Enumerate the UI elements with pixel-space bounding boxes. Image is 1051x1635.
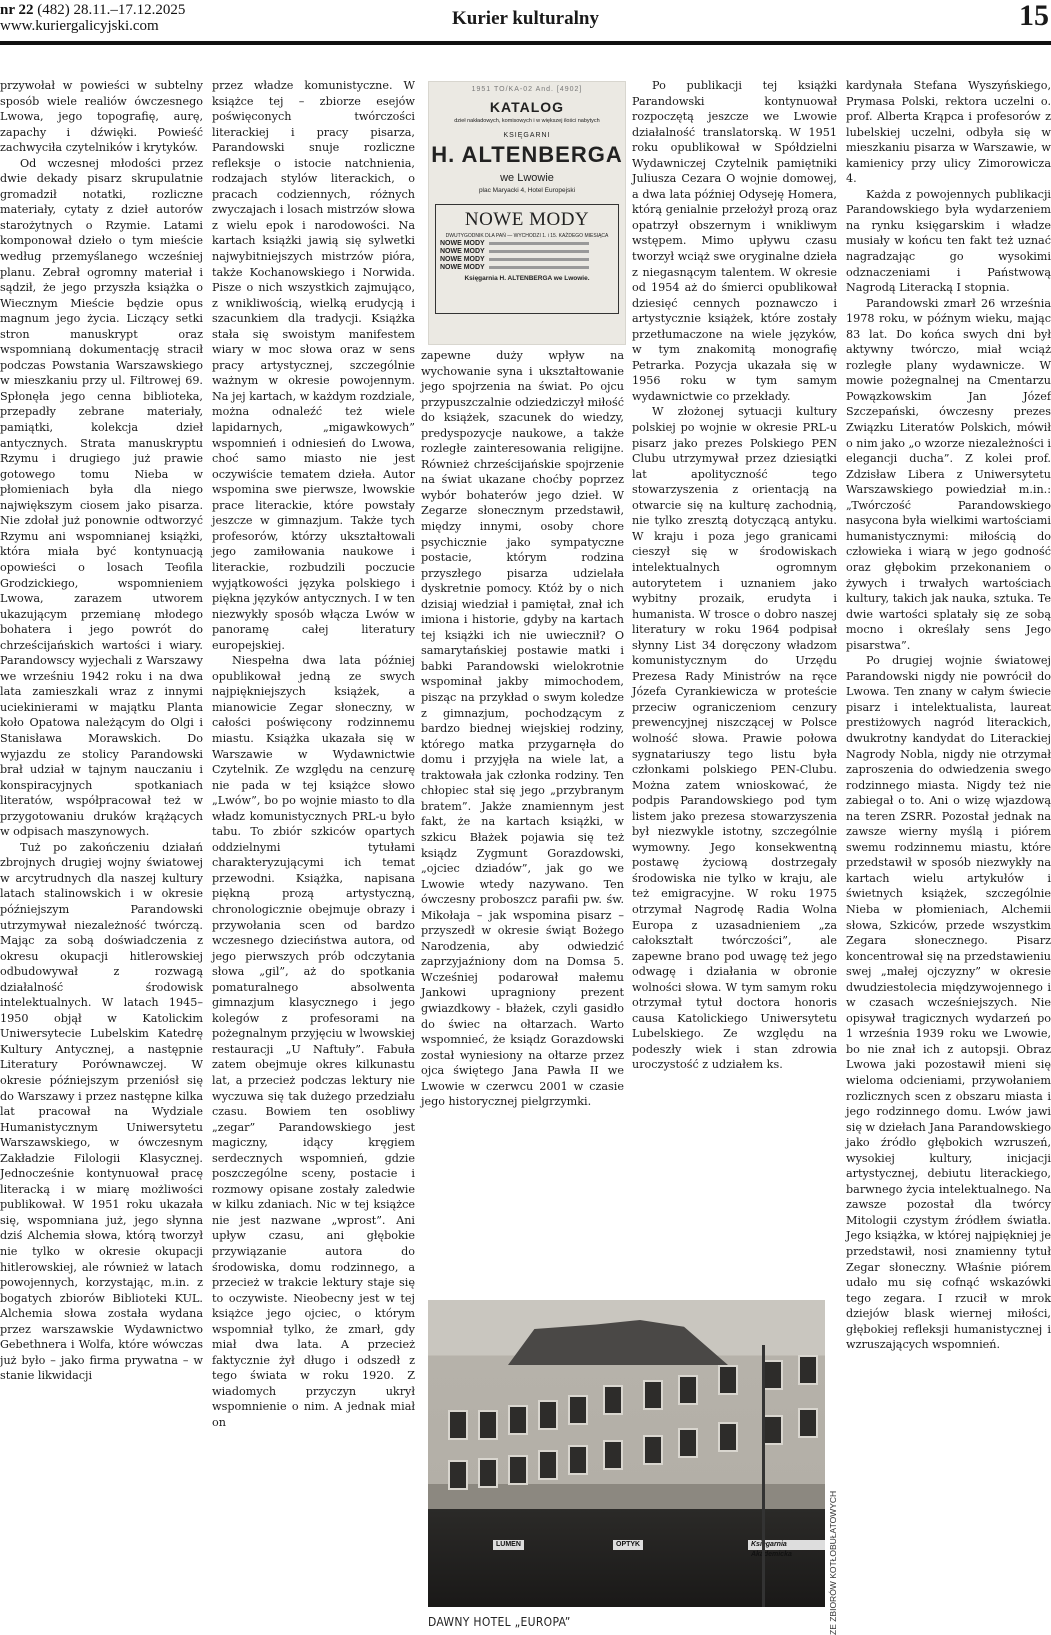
advert-row: NOWE MODY <box>436 248 618 255</box>
paragraph: Po drugiej wojnie światowej Parandowski … <box>846 653 1051 1353</box>
paragraph: Po publikacji tej książki Parandowski ko… <box>632 78 837 404</box>
advert-footer: Księgarnia H. ALTENBERGA we Lwowie. <box>436 275 618 282</box>
section-title: Kurier kulturalny <box>0 8 1051 30</box>
advert-row: NOWE MODY <box>436 240 618 247</box>
paragraph: Tuż po zakończeniu działań zbrojnych dru… <box>0 840 203 1384</box>
photo-sign: OPTYK <box>613 1540 643 1550</box>
article-column-3: zapewne duży wpływ na wychowanie syna i … <box>421 348 624 1110</box>
paragraph: przez władze komunistyczne. W książce te… <box>212 78 415 653</box>
hotel-europa-photo: LUMEN OPTYK Księgarnia Akademicka <box>428 1300 825 1607</box>
photo-sign: Księgarnia Akademicka <box>748 1540 825 1550</box>
paragraph: W złożonej sytuacji kultury polskiej po … <box>632 404 837 1073</box>
paragraph: zapewne duży wpływ na wychowanie syna i … <box>421 348 624 1110</box>
photo-lamppost <box>762 1345 765 1607</box>
paragraph: kardynała Stefana Wyszyńskiego, Prymasa … <box>846 78 1051 187</box>
article-column-5: kardynała Stefana Wyszyńskiego, Prymasa … <box>846 78 1051 1353</box>
paragraph: Parandowski zmarł 26 września 1978 roku,… <box>846 296 1051 654</box>
catalog-bookstore-label: KSIĘGARNI <box>429 132 625 139</box>
catalog-title: KATALOG <box>429 99 625 115</box>
page-number: 15 <box>1019 0 1049 32</box>
article-column-1: przywołał w powieści w subtelny sposób w… <box>0 78 203 1384</box>
paragraph: Każda z powojennych publikacji Parandows… <box>846 187 1051 296</box>
advert-row: NOWE MODY <box>436 256 618 263</box>
article-column-2: przez władze komunistyczne. W książce te… <box>212 78 415 1431</box>
catalog-owner: H. ALTENBERGA <box>429 142 625 168</box>
catalog-advert-box: NOWE MODY DWUTYGODNIK DLA PAŃ — WYCHODZI… <box>435 204 619 314</box>
catalog-city: we Lwowie <box>429 172 625 184</box>
paragraph: Od wczesnej młodości przez dwie dekady p… <box>0 156 203 840</box>
catalog-address: plac Maryacki 4, Hotel Europejski <box>429 187 625 194</box>
header-rule <box>0 41 1051 45</box>
page-header: nr 22 (482) 28.11.–17.12.2025 www.kurier… <box>0 0 1051 44</box>
catalog-subtitle: dzieł nakładowych, komisowych i w większ… <box>429 118 625 124</box>
photo-sign: LUMEN <box>493 1540 524 1550</box>
catalog-stamp: 1951 TO/KA-02 And. [4902] <box>429 86 625 93</box>
photo-credit: ZE ZBIORÓW KOTŁOBUŁATOWYCH <box>828 1440 840 1635</box>
photo-caption: DAWNY HOTEL „EUROPA” <box>428 1615 571 1629</box>
photo-roof <box>508 1320 728 1365</box>
advert-row: NOWE MODY <box>436 264 618 271</box>
catalog-cover-image: 1951 TO/KA-02 And. [4902] KATALOG dzieł … <box>428 81 626 345</box>
advert-subtitle: DWUTYGODNIK DLA PAŃ — WYCHODZI 1. i 15. … <box>436 233 618 239</box>
article-column-4: Po publikacji tej książki Parandowski ko… <box>632 78 837 1073</box>
paragraph: Niespełna dwa lata później opublikował j… <box>212 653 415 1430</box>
advert-title: NOWE MODY <box>436 209 618 231</box>
paragraph: przywołał w powieści w subtelny sposób w… <box>0 78 203 156</box>
